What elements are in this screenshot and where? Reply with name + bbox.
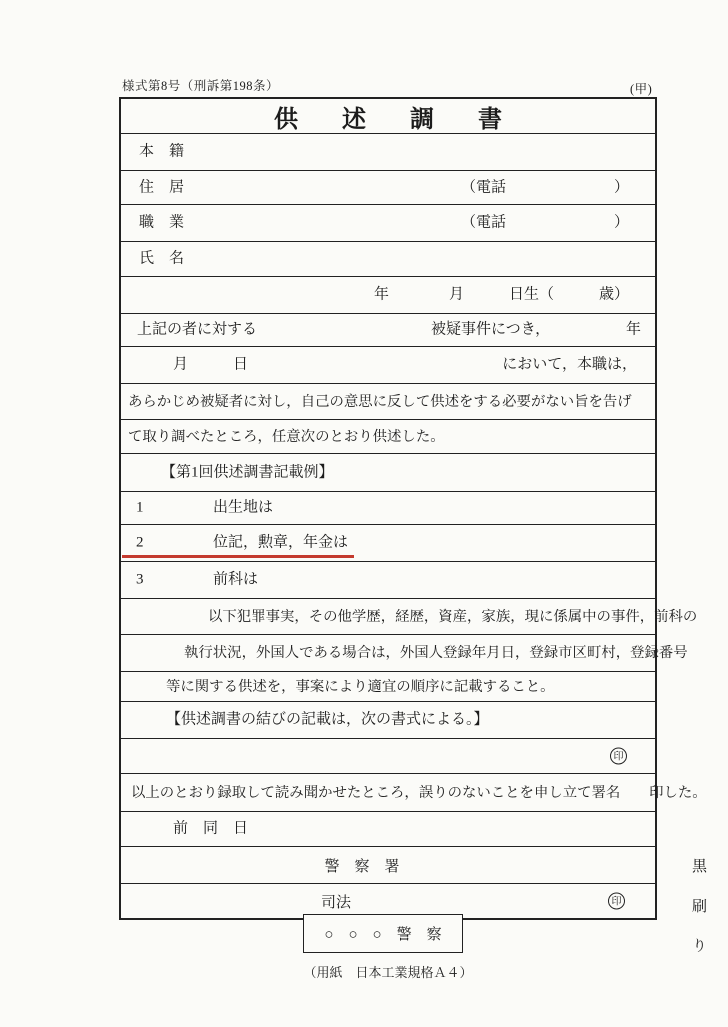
suspect-line-mid: 被疑事件につき，: [431, 323, 550, 338]
item-2-text: 位記，勲章，年金は: [213, 536, 348, 551]
row-police-station: 警 察 署: [121, 847, 655, 884]
occupation-phone-close: ）: [614, 216, 629, 231]
advisement-line-1: あらかじめ被疑者に対し，自己の意思に反して供述をする必要がない旨を告げ: [128, 394, 632, 408]
closing-statement: 以上のとおり録取して読み聞かせたところ，誤りのないことを申し立て署名 印した。: [131, 785, 707, 799]
row-examination-date: 月 日 において，本職は，: [121, 347, 655, 384]
date-line-right: において，本職は，: [502, 358, 637, 373]
corner-label-kou: (甲): [630, 79, 652, 97]
birthdate-line: 年 月 日生（ 歳）: [374, 288, 629, 303]
deposition-form-table: 供 述 調 書 本 籍 住 居 （電話 ） 職 業 （電話 ） 氏 名 年 月 …: [119, 97, 657, 920]
name-label: 氏 名: [139, 252, 184, 267]
form-title: 供 述 調 書: [121, 99, 655, 134]
row-note-2: 執行状況，外国人である場合は，外国人登録年月日，登録市区町村，登録番号: [121, 635, 655, 672]
row-suspect-case: 上記の者に対する 被疑事件につき， 年: [121, 314, 655, 347]
advisement-line-2: て取り調べたところ，任意次のとおり供述した。: [128, 429, 445, 443]
item-1-number: 1: [136, 501, 144, 516]
row-judicial: 司法 印: [121, 884, 655, 918]
note-line-2: 執行状況，外国人である場合は，外国人登録年月日，登録市区町村，登録番号: [184, 646, 688, 660]
item-3-text: 前科は: [213, 573, 258, 588]
row-advisement-1: あらかじめ被疑者に対し，自己の意思に反して供述をする必要がない旨を告げ: [121, 384, 655, 420]
residence-phone-close: ）: [614, 180, 629, 195]
row-closing-heading: 【供述調書の結びの記載は，次の書式による。】: [121, 702, 655, 739]
red-underline-annotation: [122, 555, 354, 558]
seal-mark-bottom: 印: [608, 893, 625, 910]
row-item-3: 3 前科は: [121, 562, 655, 599]
row-item-1: 1 出生地は: [121, 492, 655, 525]
note-line-3: 等に関する供述を，事案により適宜の順序に記載すること。: [166, 679, 555, 693]
row-example-heading: 【第1回供述調書記載例】: [121, 454, 655, 492]
item-1-text: 出生地は: [213, 501, 273, 516]
police-name-box: ○ ○ ○ 警 察: [303, 914, 463, 953]
row-note-3: 等に関する供述を，事案により適宜の順序に記載すること。: [121, 672, 655, 702]
row-same-day: 前 同 日: [121, 812, 655, 847]
row-item-2: 2 位記，勲章，年金は: [121, 525, 655, 562]
form-code-label: 様式第8号（刑訴第198条）: [122, 76, 279, 94]
suspect-line-left: 上記の者に対する: [137, 323, 257, 338]
police-station-label: 警 察 署: [324, 855, 399, 876]
occupation-phone-open: （電話: [461, 216, 506, 231]
row-birthdate: 年 月 日生（ 歳）: [121, 277, 655, 314]
date-line-left: 月 日: [173, 358, 248, 373]
row-seal-blank: 印: [121, 739, 655, 774]
residence-phone-open: （電話: [461, 180, 506, 195]
residence-label: 住 居: [139, 180, 184, 195]
item-3-number: 3: [136, 573, 144, 588]
judicial-label: 司法: [321, 891, 351, 912]
registered-domicile-label: 本 籍: [139, 145, 184, 160]
seal-icon: 印: [608, 893, 625, 910]
suspect-line-year: 年: [626, 323, 641, 338]
item-2-number: 2: [136, 536, 144, 551]
seal-icon: 印: [610, 748, 627, 765]
row-occupation: 職 業 （電話 ）: [121, 205, 655, 242]
row-name: 氏 名: [121, 242, 655, 277]
occupation-label: 職 業: [139, 216, 184, 231]
row-note-1: 以下犯罪事実，その他学歴，経歴，資産，家族，現に係属中の事件，前科の: [121, 599, 655, 635]
seal-mark-top: 印: [610, 748, 627, 765]
row-registered-domicile: 本 籍: [121, 134, 655, 171]
paper-size-note: （用紙 日本工業規格Ａ４）: [119, 962, 657, 981]
black-print-side-note: 黒刷り: [688, 858, 709, 977]
closing-heading: 【供述調書の結びの記載は，次の書式による。】: [166, 713, 489, 728]
row-residence: 住 居 （電話 ）: [121, 171, 655, 205]
same-day-label: 前 同 日: [173, 822, 248, 837]
row-advisement-2: て取り調べたところ，任意次のとおり供述した。: [121, 420, 655, 454]
note-line-1: 以下犯罪事実，その他学歴，経歴，資産，家族，現に係属中の事件，前科の: [208, 609, 697, 623]
row-closing-statement: 以上のとおり録取して読み聞かせたところ，誤りのないことを申し立て署名 印した。: [121, 774, 655, 812]
example-heading: 【第1回供述調書記載例】: [161, 465, 334, 480]
